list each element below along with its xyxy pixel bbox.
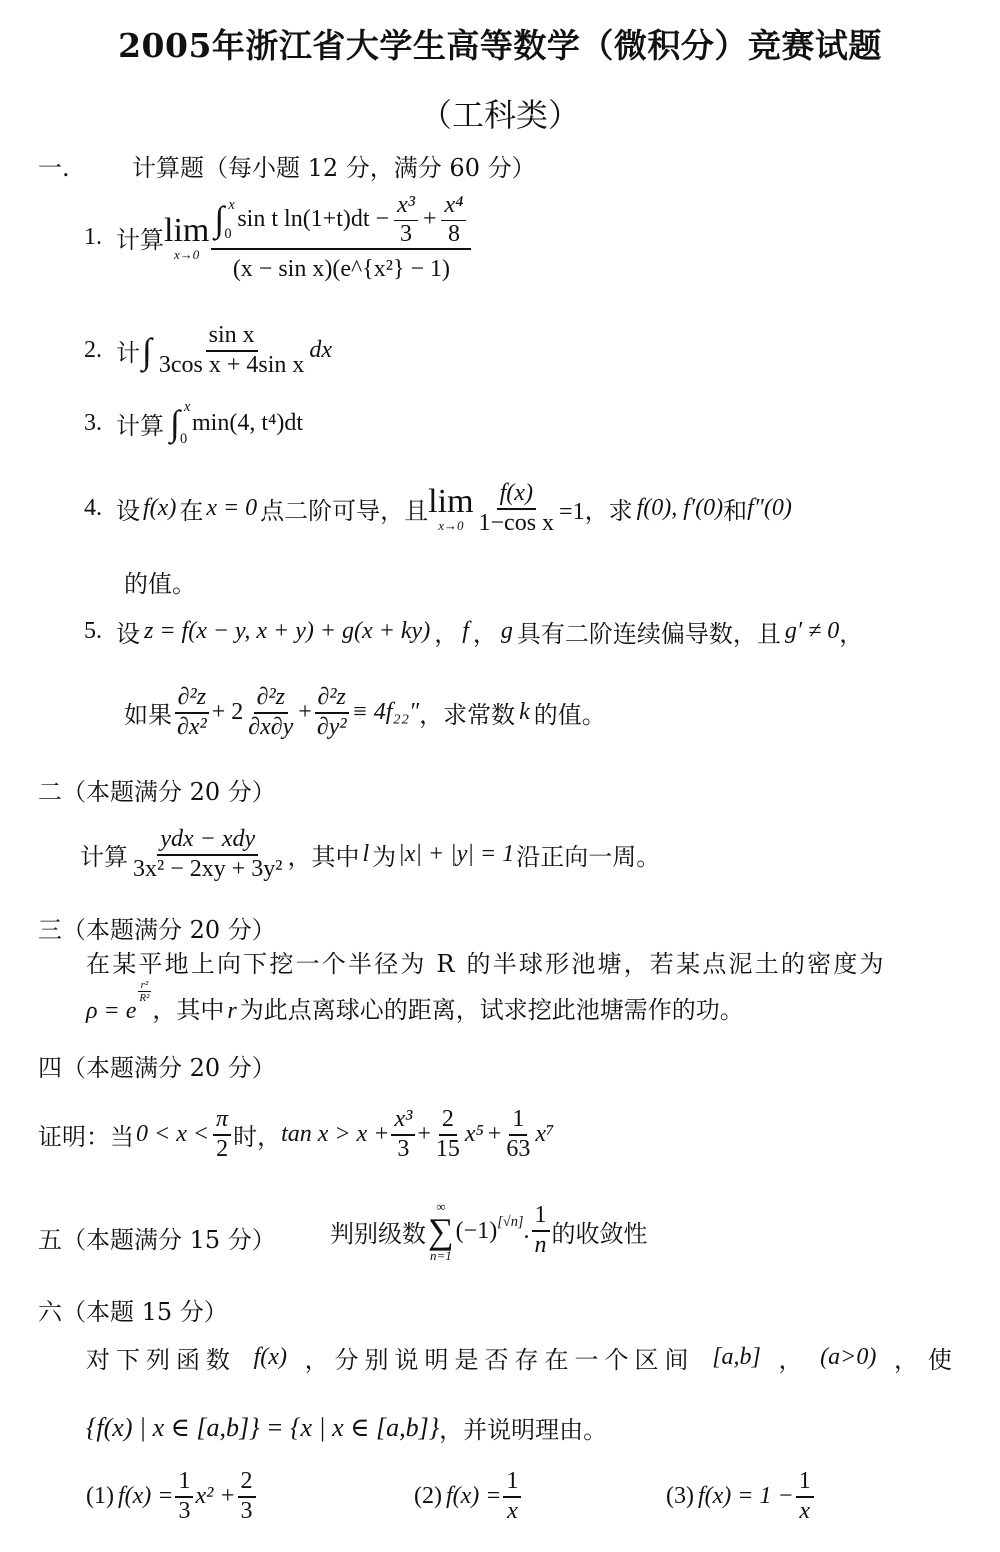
problem-label: 2. [84, 337, 102, 364]
problem-label: 4. [84, 495, 102, 522]
problem-label: 3. [84, 410, 102, 437]
problem-4-continuation: 的值。 [124, 564, 196, 599]
limit: lim x→0 [164, 214, 209, 261]
fraction: f(x) 1−cos x [476, 480, 558, 537]
problem-label: 1. [84, 224, 102, 251]
case-2: (2) f(x) = 1x [414, 1468, 523, 1525]
case-1: (1) f(x) = 13 x² + 23 [86, 1468, 258, 1525]
problem-label: 5. [84, 618, 102, 645]
section-heading: 三（本题满分 20 分） [38, 910, 276, 945]
problem-prefix: 计算 [116, 220, 164, 255]
problem-2: 2. 计 ∫ sin x 3cos x + 4sin x dx [84, 322, 332, 379]
problem-3: 3. 计算 ∫ x 0 min(4, t⁴)dt [84, 405, 303, 442]
fraction: sin x 3cos x + 4sin x [156, 322, 308, 379]
case-3: (3) f(x) = 1 − 1x [666, 1468, 816, 1525]
section-3-line1: 在某平地上向下挖一个半径为 R 的半球形池塘，若某点泥土的密度为 [86, 944, 886, 979]
problem-prefix: 计算 [116, 406, 164, 441]
section-6-line1: 对下列函数 f(x) ，分别说明是否存在一个区间 [a,b] ， (a>0) ，… [86, 1340, 962, 1375]
problem-5-line1: 5. 设 z = f(x − y, x + y) + g(x + ky) ， f… [84, 614, 863, 649]
problem-1: 1. 计算 lim x→0 ∫ x 0 sin t ln(1+t)dt − x³… [84, 192, 473, 284]
section-heading: 六（本题 15 分） [38, 1292, 228, 1327]
problem-4: 4. 设 f(x) 在 x = 0 点二阶可导，且 lim x→0 f(x) 1… [84, 480, 792, 537]
section-heading: 五（本题满分 15 分） [38, 1220, 276, 1255]
problem-prefix: 计 [116, 333, 140, 368]
section-heading: 计算题（每小题 12 分，满分 60 分） [132, 148, 536, 183]
limit: lim x→0 [428, 485, 473, 532]
section-heading: 四（本题满分 20 分） [38, 1048, 276, 1083]
section-3-line2: ρ = e r² R² ，其中 r 为此点离球心的距离，试求挖此池塘需作的功。 [86, 990, 744, 1025]
section-2-problem: 计算 ydx − xdy3x² − 2xy + 3y² ，其中 l 为 |x| … [80, 826, 660, 883]
fraction: ∫ x 0 sin t ln(1+t)dt − x³3 + x⁴8 (x − s… [211, 192, 471, 284]
section-heading: 二（本题满分 20 分） [38, 772, 276, 807]
document-subtitle: （工科类） [0, 90, 1000, 136]
section-number: 一. [38, 148, 70, 183]
document-title: 2005年浙江省大学生高等数学（微积分）竞赛试题 [0, 20, 1000, 67]
section-5-problem: 判别级数 ∞ ∑ n=1 (−1) [√n] . 1n 的收敛性 [330, 1200, 648, 1262]
problem-5-line2: 如果 ∂²z∂x² + 2 ∂²z∂x∂y + ∂²z∂y² ≡ 4f₂₂″ ，… [124, 684, 606, 741]
section-4-problem: 证明：当 0 < x < π2 时， tan x > x + x³3 + 215… [38, 1106, 554, 1163]
section-6-line2: {f(x) | x ∈ [a,b]} = {x | x ∈ [a,b]} ，并说… [86, 1410, 607, 1445]
